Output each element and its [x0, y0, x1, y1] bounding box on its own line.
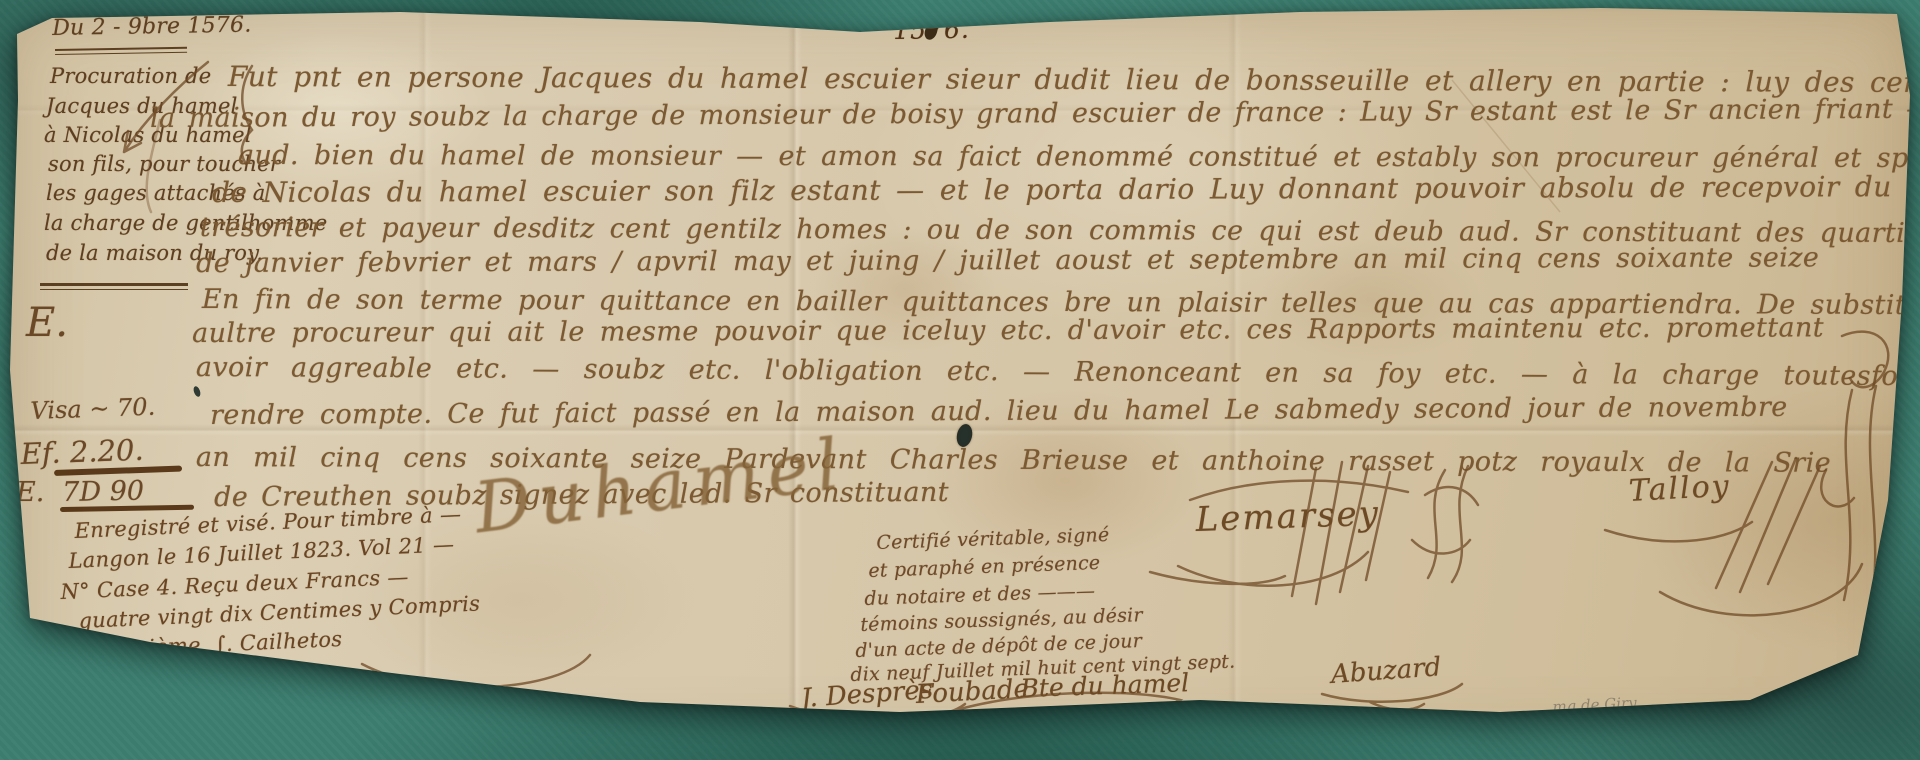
flourish-layer — [0, 0, 1920, 760]
cailhetos-flourish — [362, 655, 590, 687]
talloy-slashes — [1716, 458, 1820, 592]
pen-trial-stroke — [124, 62, 208, 152]
despres-flourish — [790, 704, 965, 721]
notary-paraph-bar — [1190, 481, 1408, 500]
parchment-document: Du 2 - 9bre 1576. Procuration de Jacques… — [0, 0, 1920, 760]
pen-trial-brace — [242, 66, 252, 164]
manuscript-photo: Du 2 - 9bre 1576. Procuration de Jacques… — [0, 0, 1920, 760]
paper-shadow: Du 2 - 9bre 1576. Procuration de Jacques… — [0, 0, 1920, 760]
notary-paraph-sweep — [1150, 552, 1368, 586]
talloy-underline — [1605, 522, 1752, 541]
scribble-paraph — [1412, 466, 1478, 582]
pen-trial-stroke — [147, 120, 160, 212]
duhamel-signature-flourish — [950, 693, 1180, 727]
surface-scratch — [1452, 80, 1560, 212]
abuzard-flourish — [1322, 684, 1462, 710]
talloy-loop — [1660, 564, 1862, 615]
corner-curl-flourish — [1842, 332, 1888, 388]
